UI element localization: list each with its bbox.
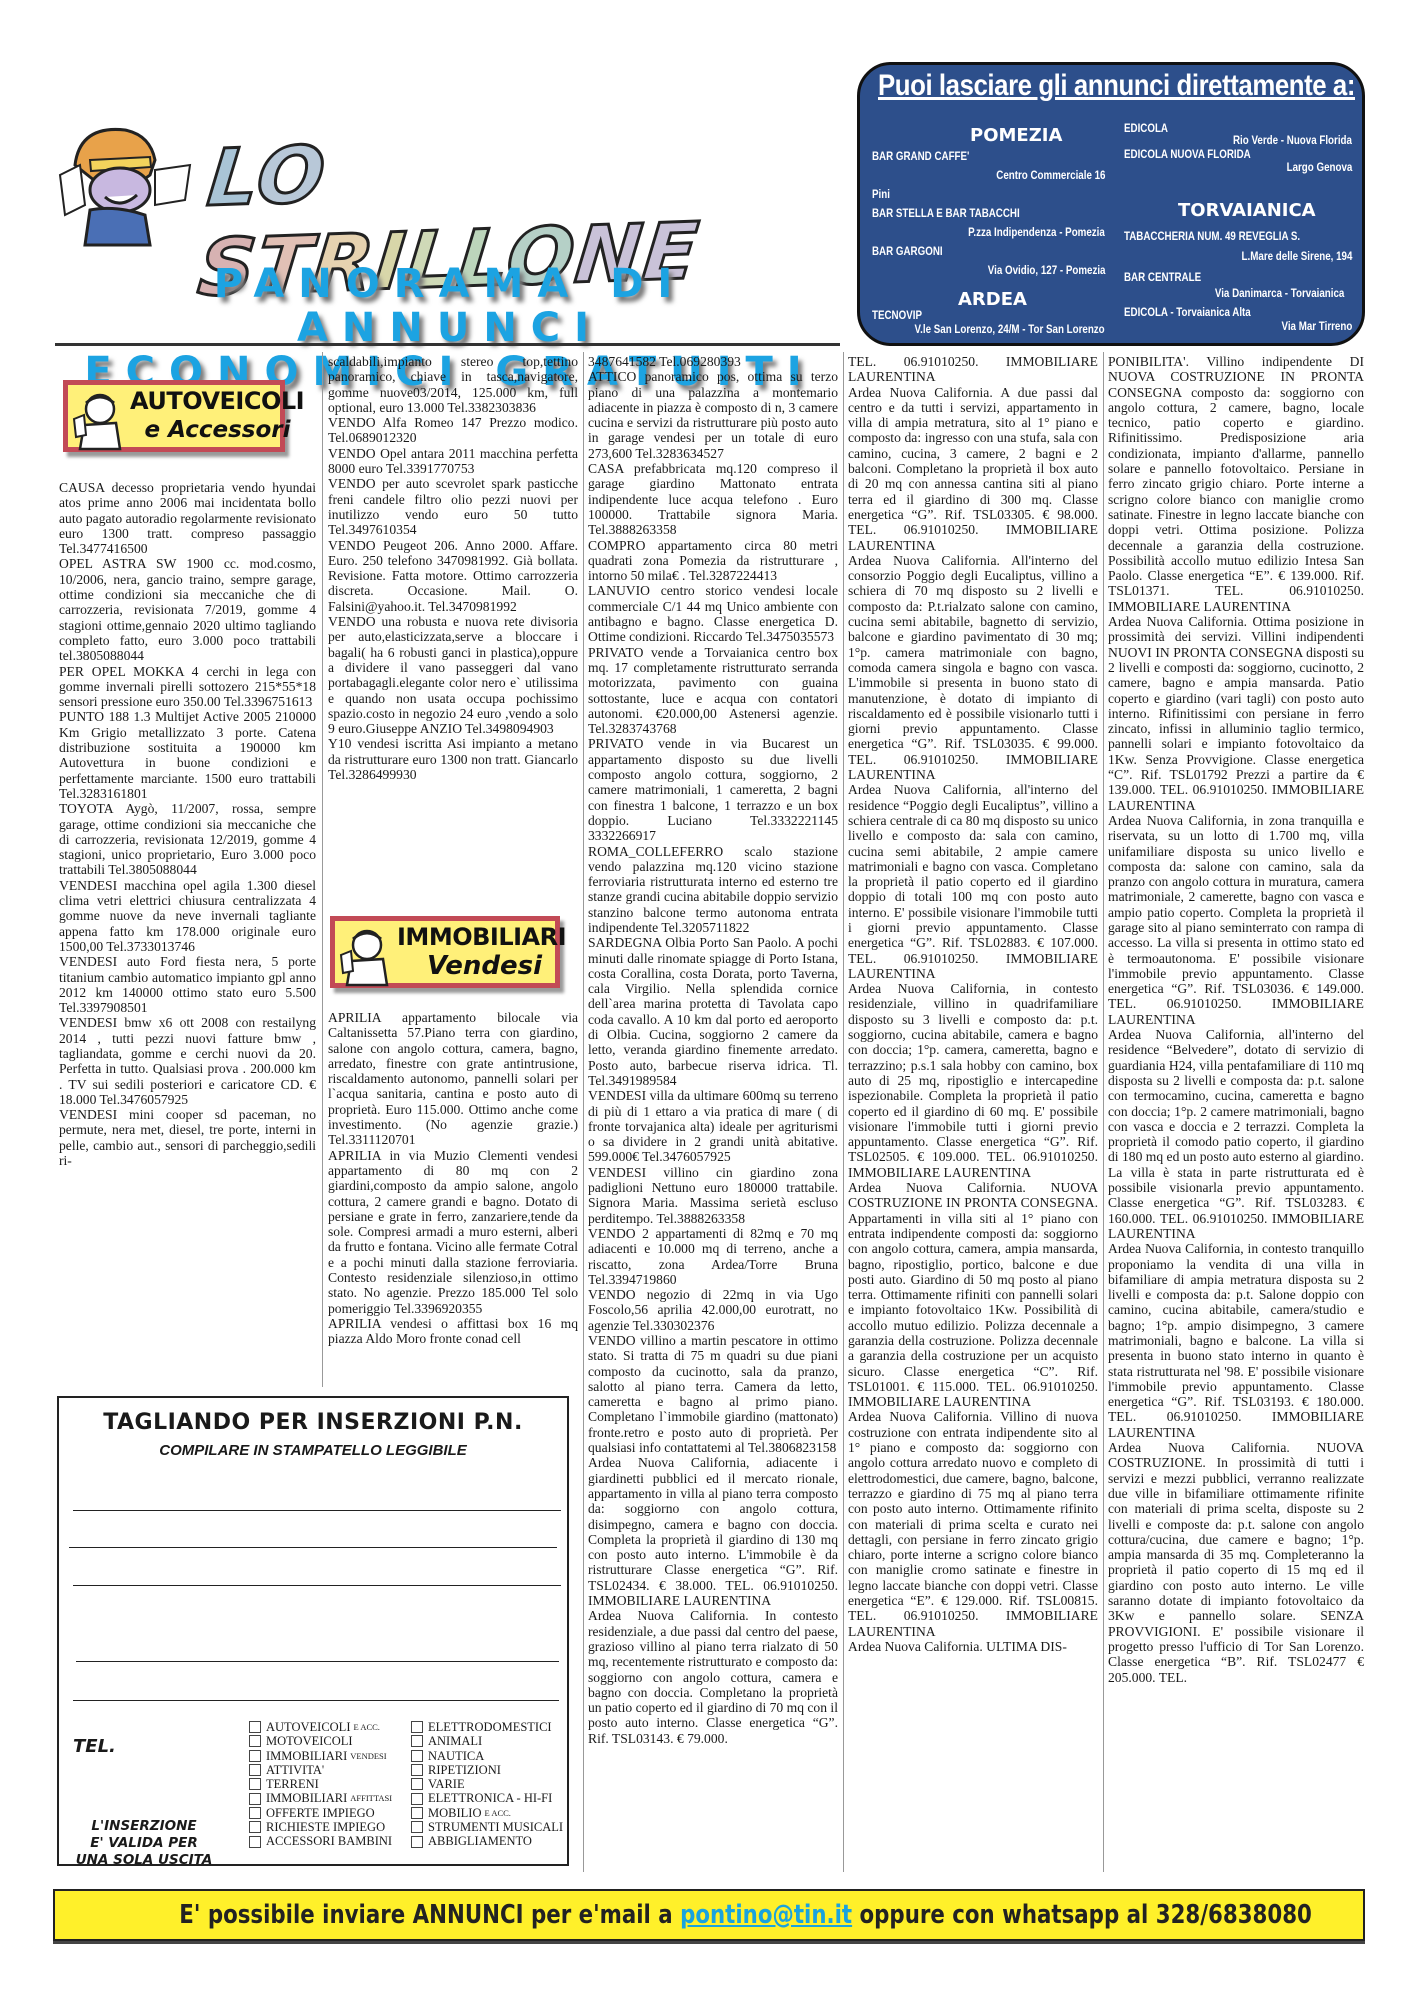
city-pomezia: POMEZIA [970, 125, 1062, 146]
category-label: RIPETIZIONI [428, 1763, 501, 1777]
category-suffix: E ACC. [484, 1806, 510, 1820]
section-subtitle: e Accessori [130, 417, 305, 443]
category-checkbox[interactable]: OFFERTE IMPIEGO [249, 1806, 395, 1820]
category-label: IMMOBILIARI [266, 1749, 347, 1763]
checkbox-icon[interactable] [411, 1735, 423, 1747]
classified-ad: Ardea Nuova California, in zona tranquil… [1108, 813, 1364, 1027]
classified-ad: APRILIA in via Muzio Clementi vendesi ap… [328, 1148, 578, 1316]
category-checkbox[interactable]: NAUTICA [411, 1749, 566, 1763]
classified-ad: VENDESI auto Ford fiesta nera, 5 porte t… [59, 954, 316, 1015]
newsboy-mascot-icon [339, 925, 395, 987]
column-divider [1103, 352, 1104, 1872]
location-line: TABACCHERIA NUM. 49 REVEGLIA S. [1124, 231, 1300, 243]
insertion-coupon-form: TAGLIANDO PER INSERZIONI P.N. COMPILARE … [57, 1396, 569, 1866]
footer-text: E' possibile inviare ANNUNCI per e'mail … [179, 1900, 680, 1930]
checkbox-icon[interactable] [411, 1836, 423, 1848]
location-line: EDICOLA NUOVA FLORIDA [1124, 149, 1251, 161]
classified-ad: APRILIA vendesi o affittasi box 16 mq pi… [328, 1316, 578, 1347]
classified-ad: Ardea Nuova California. Villino di nuova… [848, 1409, 1098, 1638]
classified-ad: PONIBILITA'. Villino indipendente DI NUO… [1108, 354, 1364, 614]
category-checklist-left: AUTOVEICOLIE ACC. MOTOVEICOLI IMMOBILIAR… [249, 1720, 395, 1849]
masthead-logo: LO STRILLONE [55, 95, 845, 255]
category-label: MOTOVEICOLI [266, 1734, 353, 1748]
ads-column-5: PONIBILITA'. Villino indipendente DI NUO… [1108, 354, 1364, 1685]
classified-ad: COMPRO appartamento circa 80 metri quadr… [588, 538, 838, 584]
category-checkbox[interactable]: STRUMENTI MUSICALI [411, 1820, 566, 1834]
checkbox-icon[interactable] [249, 1721, 261, 1733]
coupon-instructions: COMPILARE IN STAMPATELLO LEGGIBILE [59, 1442, 567, 1459]
location-line: Via Danimarca - Torvaianica [1215, 288, 1344, 300]
classified-ad: PUNTO 188 1.3 Multijet Active 2005 21000… [59, 709, 316, 801]
location-line: P.zza Indipendenza - Pomezia [968, 227, 1105, 239]
header-divider [55, 343, 840, 346]
classified-ad: VENDO villino a martin pescatore in otti… [588, 1333, 838, 1455]
category-label: MOBILIO [428, 1806, 481, 1820]
location-line: BAR GARGONI [872, 246, 943, 258]
location-line: Largo Genova [1286, 162, 1352, 174]
locations-title: Puoi lasciare gli annunci direttamente a… [878, 69, 1282, 103]
location-line: Rio Verde - Nuova Florida [1233, 135, 1352, 147]
checkbox-icon[interactable] [249, 1793, 261, 1805]
section-title: AUTOVEICOLI [130, 387, 304, 415]
classified-ad: VENDO per auto scevrolet spark pasticche… [328, 476, 578, 537]
location-line: BAR STELLA E BAR TABACCHI [872, 208, 1020, 220]
coupon-write-line[interactable] [73, 1510, 561, 1511]
classified-ad: 3487641582 Tel.069280393 [588, 354, 838, 369]
classified-ad: SARDEGNA Olbia Porto San Paolo. A pochi … [588, 935, 838, 1088]
category-label: ACCESSORI BAMBINI [266, 1834, 392, 1848]
location-line: V.le San Lorenzo, 24/M - Tor San Lorenzo [915, 324, 1105, 336]
location-line: Pini [872, 189, 890, 201]
classified-ad: VENDO Opel antara 2011 macchina perfetta… [328, 446, 578, 477]
category-label: AUTOVEICOLI [266, 1720, 350, 1734]
category-checkbox[interactable]: ATTIVITA' [249, 1763, 395, 1777]
location-line: BAR GRAND CAFFE' [872, 151, 969, 163]
category-label: ELETTRONICA - HI-FI [428, 1791, 552, 1805]
category-label: OFFERTE IMPIEGO [266, 1806, 375, 1820]
classified-ad: Ardea Nuova California. ULTIMA DIS- [848, 1639, 1098, 1654]
classified-ad: VENDO negozio di 22mq in via Ugo Foscolo… [588, 1287, 838, 1333]
classified-ad: Ardea Nuova California. NUOVA COSTRUZION… [848, 1180, 1098, 1409]
drop-off-locations-box: Puoi lasciare gli annunci direttamente a… [857, 62, 1365, 346]
coupon-write-line[interactable] [73, 1585, 561, 1586]
classified-ad: Y10 vendesi iscritta Asi impianto a meta… [328, 736, 578, 782]
location-line: L.Mare delle Sirene, 194 [1241, 251, 1352, 263]
ads-column-3: 3487641582 Tel.069280393 ATTICO panorami… [588, 354, 838, 1746]
category-checkbox[interactable]: ACCESSORI BAMBINI [249, 1834, 395, 1848]
ads-column-4: TEL. 06.91010250. IMMOBILIARE LAURENTINA… [848, 354, 1098, 1654]
coupon-title: TAGLIANDO PER INSERZIONI P.N. [59, 1410, 567, 1435]
category-suffix: AFFITTASI [350, 1791, 392, 1805]
checkbox-icon[interactable] [249, 1764, 261, 1776]
classified-ad: VENDO Peugeot 206. Anno 2000. Affare. Eu… [328, 538, 578, 614]
category-label: RICHIESTE IMPIEGO [266, 1820, 385, 1834]
category-label: TERRENI [266, 1777, 319, 1791]
category-checkbox[interactable]: TERRENI [249, 1777, 395, 1791]
newsboy-mascot-icon [72, 389, 128, 451]
classified-ad: Ardea Nuova California, in contesto tran… [1108, 1241, 1364, 1440]
classified-ad: VENDESI villa da ultimare 600mq su terre… [588, 1088, 838, 1164]
category-checkbox[interactable]: IMMOBILIARIVENDESI [249, 1749, 395, 1763]
section-subtitle: Vendesi [397, 951, 572, 981]
section-banner-immobiliari: IMMOBILIARI Vendesi [330, 916, 560, 988]
classified-ad: Ardea Nuova California, adiacente i giar… [588, 1455, 838, 1608]
classified-ad: ROMA_COLLEFERRO scalo stazione vendo pal… [588, 844, 838, 936]
phone-label: TEL. [73, 1736, 116, 1757]
column-divider [843, 352, 844, 1872]
checkbox-icon[interactable] [411, 1750, 423, 1762]
category-checklist-right: ELETTRODOMESTICI ANIMALI NAUTICA RIPETIZ… [411, 1720, 566, 1849]
category-label: IMMOBILIARI [266, 1791, 347, 1805]
ads-column-2-top: scaldabili,impianto stereo top,tettino p… [328, 354, 578, 782]
checkbox-icon[interactable] [411, 1821, 423, 1833]
footer-text: oppure con whatsapp al 328/6838080 [852, 1900, 1312, 1930]
location-line: BAR CENTRALE [1124, 272, 1201, 284]
checkbox-icon[interactable] [411, 1778, 423, 1790]
category-label: NAUTICA [428, 1749, 484, 1763]
category-checkbox[interactable]: AUTOVEICOLIE ACC. [249, 1720, 395, 1734]
city-ardea: ARDEA [958, 289, 1027, 310]
classified-ad: Ardea Nuova California. NUOVA COSTRUZION… [1108, 1440, 1364, 1685]
classified-ad: scaldabili,impianto stereo top,tettino p… [328, 354, 578, 415]
classified-ad: VENDO Alfa Romeo 147 Prezzo modico. Tel.… [328, 415, 578, 446]
classified-ad: VENDESI mini cooper sd paceman, no permu… [59, 1107, 316, 1168]
category-checkbox[interactable]: ABBIGLIAMENTO [411, 1834, 566, 1848]
ads-column-2-bottom: APRILIA appartamento bilocale via Caltan… [328, 1010, 578, 1347]
checkbox-icon[interactable] [249, 1821, 261, 1833]
classified-ad: VENDO 2 appartamenti di 82mq e 70 mq adi… [588, 1226, 838, 1287]
checkbox-icon[interactable] [411, 1793, 423, 1805]
coupon-write-line[interactable] [76, 1661, 559, 1662]
coupon-write-line[interactable] [69, 1547, 557, 1548]
email-link[interactable]: pontino@tin.it [680, 1900, 852, 1930]
section-banner-autoveicoli: AUTOVEICOLI e Accessori [63, 380, 285, 452]
classified-ad: Ardea Nuova California, in contesto resi… [848, 981, 1098, 1180]
newsboy-mascot-icon [55, 105, 195, 250]
checkbox-icon[interactable] [411, 1764, 423, 1776]
category-checkbox[interactable]: RICHIESTE IMPIEGO [249, 1820, 395, 1834]
classified-ad: VENDESI macchina opel agila 1.300 diesel… [59, 878, 316, 954]
classified-ad: APRILIA appartamento bilocale via Caltan… [328, 1010, 578, 1148]
classified-ad: Ardea Nuova California. In contesto resi… [588, 1608, 838, 1746]
ads-column-1: CAUSA decesso proprietaria vendo hyundai… [59, 480, 316, 1168]
classified-ad: PRIVATO vende a Torvaianica centro box m… [588, 645, 838, 737]
checkbox-icon[interactable] [249, 1778, 261, 1790]
category-checkbox[interactable]: ELETTRODOMESTICI [411, 1720, 566, 1734]
checkbox-icon[interactable] [411, 1807, 423, 1819]
classified-ad: VENDESI villino cin giardino zona padigl… [588, 1165, 838, 1226]
section-title: IMMOBILIARI [397, 923, 566, 951]
category-label: ATTIVITA' [266, 1763, 324, 1777]
category-checkbox[interactable]: MOTOVEICOLI [249, 1734, 395, 1748]
validity-notice: L'INSERZIONE E' VALIDA PER UNA SOLA USCI… [69, 1818, 219, 1869]
validity-line: L'INSERZIONE [69, 1818, 219, 1835]
category-label: ABBIGLIAMENTO [428, 1834, 532, 1848]
classified-ad: Ardea Nuova California, all'interno del … [1108, 1027, 1364, 1241]
classified-ad: TEL. 06.91010250. IMMOBILIARE LAURENTINA [848, 354, 1098, 385]
classified-ad: Ardea Nuova California. Ottima posizione… [1108, 614, 1364, 813]
classified-ad: CAUSA decesso proprietaria vendo hyundai… [59, 480, 316, 556]
classified-ad: CASA prefabbricata mq.120 compreso il ga… [588, 461, 838, 537]
coupon-write-line[interactable] [73, 1700, 559, 1701]
category-suffix: E ACC. [353, 1720, 379, 1734]
city-torvaianica: TORVAIANICA [1178, 200, 1316, 221]
category-checkbox[interactable]: VARIE [411, 1777, 566, 1791]
checkbox-icon[interactable] [249, 1750, 261, 1762]
category-checkbox[interactable]: MOBILIOE ACC. [411, 1806, 566, 1820]
classified-ad: Ardea Nuova California, all'interno del … [848, 782, 1098, 981]
classified-ad: OPEL ASTRA SW 1900 cc. mod.cosmo, 10/200… [59, 556, 316, 663]
location-line: Centro Commerciale 16 [996, 170, 1105, 182]
classified-ad: PER OPEL MOKKA 4 cerchi in lega con gomm… [59, 664, 316, 710]
category-label: ANIMALI [428, 1734, 482, 1748]
column-divider [583, 352, 584, 1872]
checkbox-icon[interactable] [411, 1721, 423, 1733]
subtitle-line-1: PANORAMA DI ANNUNCI [60, 262, 840, 350]
category-label: VARIE [428, 1777, 465, 1791]
classified-ad: Ardea Nuova California. A due passi dal … [848, 385, 1098, 553]
classified-ad: ATTICO panoramico pos, ottima su terzo p… [588, 369, 838, 461]
contact-footer-bar: E' possibile inviare ANNUNCI per e'mail … [53, 1889, 1365, 1941]
validity-line: UNA SOLA USCITA [69, 1852, 219, 1869]
category-suffix: VENDESI [350, 1749, 386, 1763]
column-divider [322, 352, 323, 1387]
category-checkbox[interactable]: ELETTRONICA - HI-FI [411, 1791, 566, 1805]
classified-ad: LANUVIO centro storico vendesi locale co… [588, 583, 838, 644]
location-line: EDICOLA - Torvaianica Alta [1124, 307, 1251, 319]
classified-ad: VENDO una robusta e nuova rete divisoria… [328, 614, 578, 736]
classified-ad: PRIVATO vende in via Bucarest un apparta… [588, 736, 838, 843]
validity-line: E' VALIDA PER [69, 1835, 219, 1852]
checkbox-icon[interactable] [249, 1735, 261, 1747]
location-line: Via Ovidio, 127 - Pomezia [987, 265, 1105, 277]
location-line: Via Mar Tirreno [1281, 321, 1352, 333]
classified-ad: Ardea Nuova California. All'interno del … [848, 553, 1098, 782]
location-line: EDICOLA [1124, 123, 1168, 135]
checkbox-icon[interactable] [249, 1807, 261, 1819]
location-line: TECNOVIP [872, 310, 922, 322]
classified-ad: VENDESI bmw x6 ott 2008 con restailyng 2… [59, 1015, 316, 1107]
category-checkbox[interactable]: ANIMALI [411, 1734, 566, 1748]
category-label: ELETTRODOMESTICI [428, 1720, 552, 1734]
category-checkbox[interactable]: IMMOBILIARIAFFITTASI [249, 1791, 395, 1805]
checkbox-icon[interactable] [249, 1836, 261, 1848]
category-label: STRUMENTI MUSICALI [428, 1820, 563, 1834]
category-checkbox[interactable]: RIPETIZIONI [411, 1763, 566, 1777]
classified-ad: TOYOTA Aygò, 11/2007, rossa, sempre gara… [59, 801, 316, 877]
